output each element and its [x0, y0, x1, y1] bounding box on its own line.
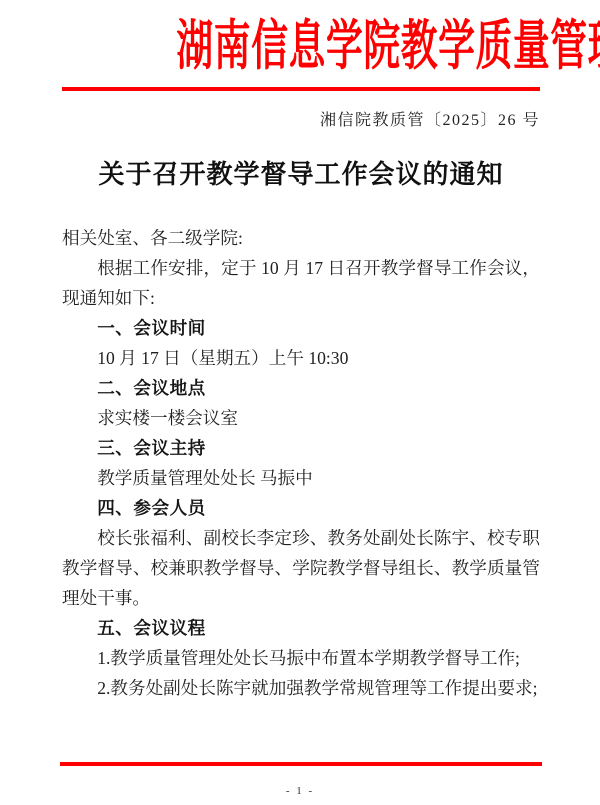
intro-paragraph: 根据工作安排，定于 10 月 17 日召开教学督导工作会议，现通知如下: [62, 253, 540, 313]
salutation: 相关处室、各二级学院: [62, 223, 540, 253]
section-heading-5: 五、会议议程 [62, 613, 540, 643]
document-page: 湖南信息学院教学质量管理处 湘信院教质管〔2025〕26 号 关于召开教学督导工… [0, 0, 600, 805]
agenda-item-2: 2.教务处副处长陈宇就加强教学常规管理等工作提出要求; [62, 673, 540, 703]
document-title: 关于召开教学督导工作会议的通知 [62, 154, 540, 191]
section-content-1: 10 月 17 日（星期五）上午 10:30 [62, 343, 540, 373]
org-title: 湖南信息学院教学质量管理处 [176, 10, 600, 82]
document-body: 相关处室、各二级学院: 根据工作安排，定于 10 月 17 日召开教学督导工作会… [62, 223, 540, 703]
section-content-3: 教学质量管理处处长 马振中 [62, 463, 540, 493]
section-heading-4: 四、参会人员 [62, 493, 540, 523]
agenda-item-1: 1.教学质量管理处处长马振中布置本学期教学督导工作; [62, 643, 540, 673]
letterhead: 湖南信息学院教学质量管理处 [62, 10, 540, 82]
section-heading-3: 三、会议主持 [62, 433, 540, 463]
section-content-2: 求实楼一楼会议室 [62, 403, 540, 433]
section-content-4: 校长张福利、副校长李定珍、教务处副处长陈宇、校专职教学督导、校兼职教学督导、学院… [62, 523, 540, 613]
section-heading-1: 一、会议时间 [62, 313, 540, 343]
page-number: - 1 - [0, 785, 600, 797]
section-heading-2: 二、会议地点 [62, 373, 540, 403]
doc-number: 湘信院教质管〔2025〕26 号 [62, 107, 540, 130]
header-red-rule [62, 87, 540, 91]
footer-red-rule [60, 762, 542, 766]
